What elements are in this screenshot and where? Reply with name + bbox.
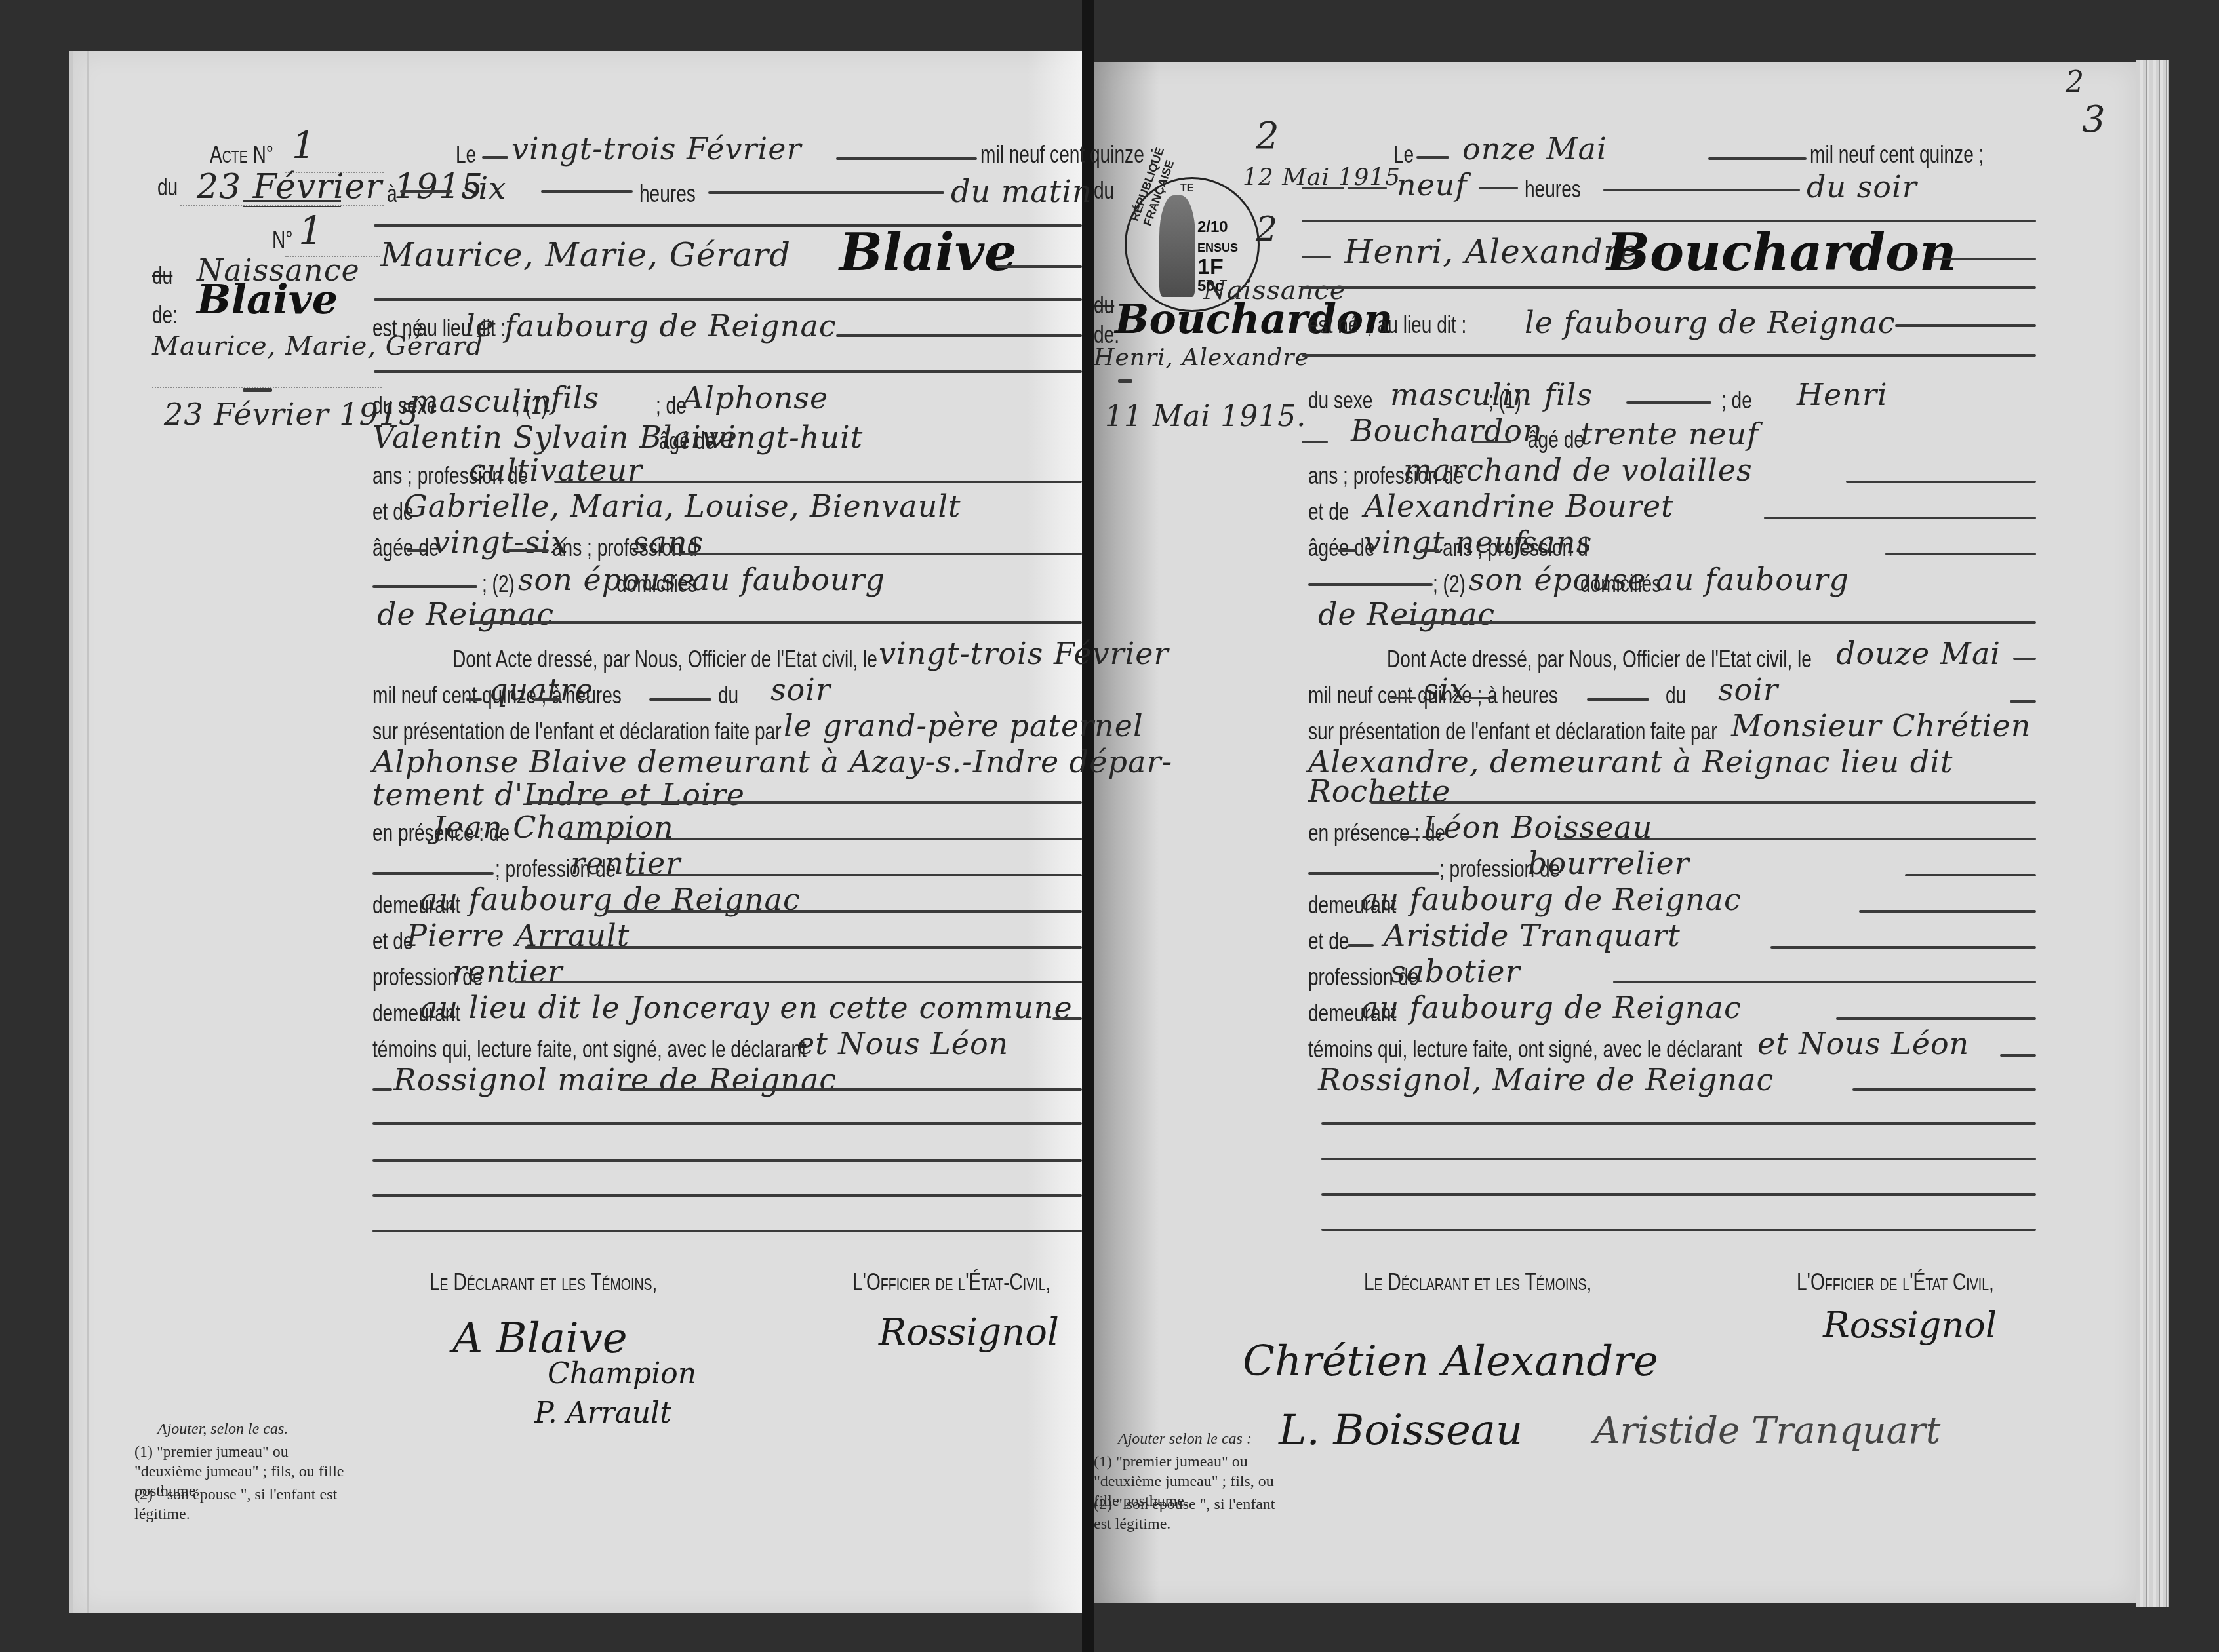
witness1-profession: bourrelier <box>1528 846 1690 881</box>
acte-period: soir <box>770 672 831 707</box>
declarant-1: le grand-père paternel <box>784 708 1144 743</box>
domicile-2: de Reignac <box>1318 597 1495 632</box>
le-label: Le <box>1393 141 1414 168</box>
du-struck: du <box>1094 292 1114 319</box>
acte-year-label: mil neuf cent quinze ; à <box>1308 682 1498 709</box>
signature-officer: Rossignol <box>879 1311 1059 1354</box>
domicile-1: au faubourg <box>692 562 885 597</box>
du-label: du <box>157 174 178 201</box>
est-ne-label: est né <box>1308 311 1359 339</box>
witness2-profession: sabotier <box>1390 954 1521 989</box>
dont-acte-label: Dont Acte dressé, par Nous, Officier de … <box>1387 646 1812 673</box>
mother-profession: sans <box>1521 524 1592 560</box>
signature-declarant: A Blaive <box>452 1314 628 1363</box>
stamp-value-mid: ENSUS <box>1197 241 1238 255</box>
father-line1: Alphonse <box>682 380 828 416</box>
w2-et-de-label: et de <box>1308 928 1349 955</box>
father-age: vingt-huit <box>708 420 863 455</box>
du-struck: du <box>152 262 172 290</box>
acte-heures-label: heures <box>565 682 622 709</box>
birth-period: du soir <box>1807 169 1917 205</box>
page-number: 2 <box>2066 66 2085 99</box>
birth-day-month: vingt-trois Février <box>511 131 801 167</box>
mother-name: Alexandrine Bouret <box>1364 488 1674 524</box>
domicilies-label: domiciliés <box>616 570 697 598</box>
witness2-residence: au faubourg de Reignac <box>1361 990 1742 1025</box>
witness2-residence: au lieu dit le Jonceray en cette commune <box>420 990 1073 1025</box>
no-value: 1 <box>298 208 324 254</box>
declarant-2: Alphonse Blaive demeurant à Azay-s.-Indr… <box>372 744 1172 779</box>
temoins-label: témoins qui, lecture faite, ont signé, a… <box>372 1036 807 1063</box>
closing-1: et Nous Léon <box>797 1026 1009 1061</box>
child-given-names: Henri, Alexandre <box>1344 233 1639 271</box>
page-number-corrected: 3 <box>2082 98 2106 141</box>
father-line2: Bouchardon <box>1351 413 1543 448</box>
footnote-2: (2) " son épouse ", si l'enfant est légi… <box>134 1485 348 1524</box>
declarant-3: tement d'Indre et Loire <box>372 777 745 812</box>
double-rule <box>243 200 341 207</box>
dont-acte-label: Dont Acte dressé, par Nous, Officier de … <box>452 646 877 673</box>
declarant-1: Monsieur Chrétien <box>1731 708 2031 743</box>
child-surname: Bouchardon <box>1607 223 1957 283</box>
acte-no-value: 2 <box>1256 115 1280 157</box>
de-parent-label: ; de <box>1721 387 1752 414</box>
signature-officer: Rossignol <box>1823 1305 1997 1346</box>
age-label: âgé de <box>1528 426 1584 454</box>
witness2-name: Aristide Tranquart <box>1384 918 1681 953</box>
filiation: fils <box>551 380 599 416</box>
birthplace: le faubourg de Reignac <box>466 308 837 344</box>
acte-hour: six <box>1423 672 1467 707</box>
domicilies-label: domiciliés <box>1580 570 1661 598</box>
heures-label: heures <box>639 180 696 208</box>
mother-name: Gabrielle, Maria, Louise, Bienvault <box>403 488 961 524</box>
child-given-names: Maurice, Marie, Gérard <box>380 236 791 274</box>
filiation: fils <box>1544 377 1593 412</box>
birth-period: du matin <box>951 174 1092 209</box>
agee-label: âgée de <box>372 534 439 562</box>
acte-date: vingt-trois Février <box>879 636 1169 671</box>
acte-du-label: du <box>718 682 738 709</box>
signature-witness2: Aristide Tranquart <box>1593 1409 1940 1452</box>
signature-witness2: P. Arrault <box>534 1396 671 1430</box>
witness1-residence: au faubourg de Reignac <box>1361 882 1742 917</box>
no-label: N° <box>272 226 293 254</box>
mother-age: vingt-six <box>433 524 569 560</box>
domicile-1: au faubourg <box>1656 562 1849 597</box>
acte-date: douze Mai <box>1836 636 2001 671</box>
father-age: trente neuf <box>1580 416 1759 452</box>
footnote-title: Ajouter, selon le cas. <box>157 1419 288 1439</box>
officer-label: L'Officier de l'État Civil, <box>1797 1268 1994 1296</box>
birth-day-month: onze Mai <box>1462 131 1607 167</box>
note1-label: ; (1) <box>1489 387 1521 414</box>
closing-1: et Nous Léon <box>1757 1026 1969 1061</box>
father-line1: Henri <box>1797 377 1888 412</box>
margin-date-bottom: 11 Mai 1915. <box>1105 400 1306 433</box>
margin-surname: Blaive <box>197 275 338 323</box>
note1-label: ; (1) <box>515 392 548 420</box>
age-label: âgé de <box>659 427 715 455</box>
footnote-title: Ajouter selon le cas : <box>1118 1429 1252 1449</box>
birth-hour: six <box>462 170 506 206</box>
page-stack-edge <box>2136 60 2169 1607</box>
declarant-signatures-label: Le Déclarant et les Témoins, <box>430 1268 657 1296</box>
signature-witness1: L. Boisseau <box>1279 1406 1523 1455</box>
heures-label: heures <box>1525 176 1581 203</box>
child-surname: Blaive <box>839 223 1017 283</box>
temoins-label: témoins qui, lecture faite, ont signé, a… <box>1308 1036 1742 1063</box>
no-value: 2 <box>1256 210 1278 249</box>
birthplace: le faubourg de Reignac <box>1525 305 1896 340</box>
closing-2: Rossignol maire de Reignac <box>393 1062 837 1097</box>
stamp-top-text: TE <box>1180 183 1193 195</box>
acte-no-value: 1 <box>292 125 316 167</box>
justice-figure-icon <box>1159 195 1195 297</box>
le-label: Le <box>456 141 476 168</box>
domicile-2: de Reignac <box>377 597 554 632</box>
acte-no-label: Acte N° <box>210 141 273 168</box>
father-profession: marchand de volailles <box>1403 452 1753 488</box>
note2-label: ; (2) <box>1433 570 1466 598</box>
officer-label: L'Officier de l'État-Civil, <box>852 1268 1050 1296</box>
signature-witness1: Champion <box>548 1357 696 1390</box>
sur-presentation-label: sur présentation de l'enfant et déclarat… <box>372 718 782 745</box>
closing-2: Rossignol, Maire de Reignac <box>1318 1062 1774 1097</box>
acte-heures-label: heures <box>1502 682 1558 709</box>
et-de-label: et de <box>1308 498 1349 526</box>
de-label: de: <box>152 302 178 329</box>
declarant-signatures-label: Le Déclarant et les Témoins, <box>1364 1268 1591 1296</box>
acte-du-label: du <box>1666 682 1686 709</box>
year-label: mil neuf cent quinze ; <box>980 141 1154 168</box>
lieu-dit-label: , au lieu dit : <box>1367 311 1466 339</box>
birth-hour: neuf <box>1397 167 1468 203</box>
year-label: mil neuf cent quinze ; <box>1810 141 1984 168</box>
du-label: du <box>1094 177 1114 205</box>
sexe-label: du sexe <box>1308 387 1372 414</box>
signature-declarant: Chrétien Alexandre <box>1243 1337 1658 1386</box>
book-gutter <box>1082 0 1094 1652</box>
note2-label: ; (2) <box>482 570 515 598</box>
witness2-profession: rentier <box>452 954 563 989</box>
stamp-value-top: 2/10 <box>1197 218 1228 237</box>
footnote-2: (2) " son épouse ", si l'enfant est légi… <box>1094 1495 1284 1534</box>
margin-given-names: Henri, Alexandre <box>1094 344 1309 371</box>
acte-period: soir <box>1718 672 1778 707</box>
a-label: à <box>387 180 397 208</box>
sur-presentation-label: sur présentation de l'enfant et déclarat… <box>1308 718 1717 745</box>
